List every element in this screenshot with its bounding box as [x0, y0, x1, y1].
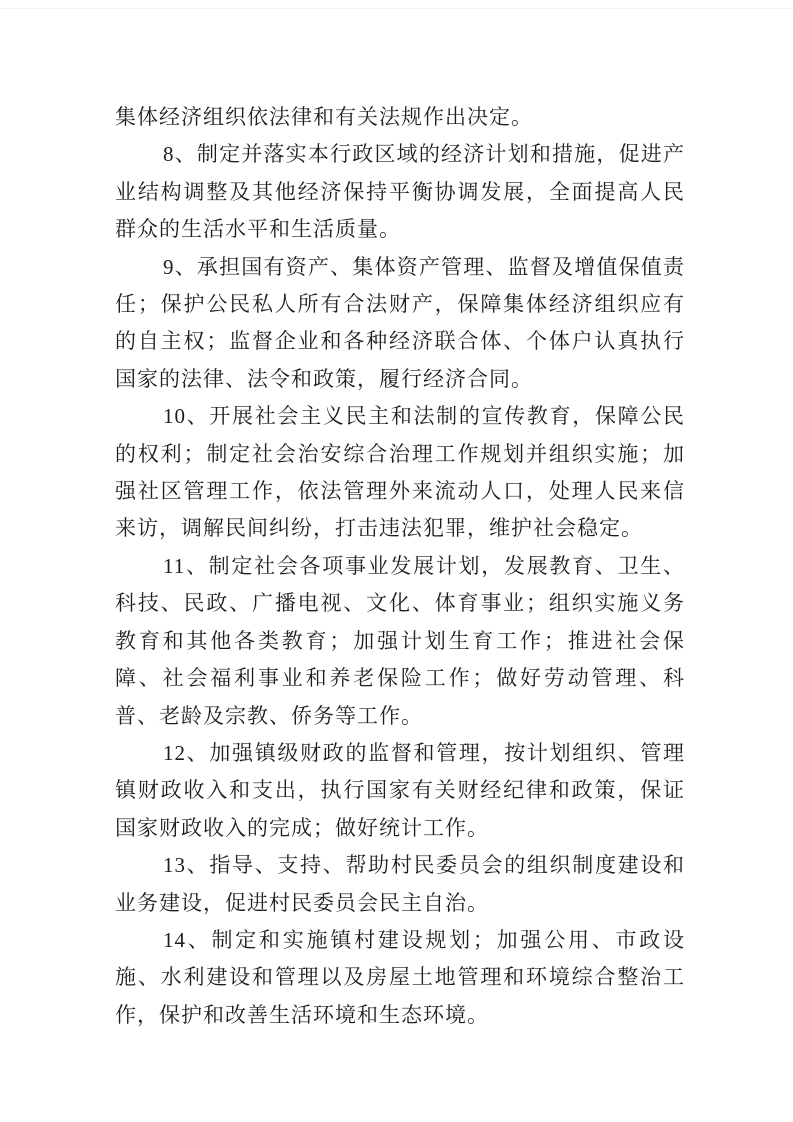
document-page: 集体经济组织依法律和有关法规作出决定。 8、制定并落实本行政区域的经济计划和措施…: [0, 0, 793, 1122]
list-item-10: 10、开展社会主义民主和法制的宣传教育，保障公民的权利；制定社会治安综合治理工作…: [115, 398, 685, 548]
list-item-12: 12、加强镇级财政的监督和管理，按计划组织、管理镇财政收入和支出，执行国家有关财…: [115, 735, 685, 847]
list-item-14: 14、制定和实施镇村建设规划；加强公用、市政设施、水利建设和管理以及房屋土地管理…: [115, 922, 685, 1034]
list-item-9: 9、承担国有资产、集体资产管理、监督及增值保值责任；保护公民私人所有合法财产，保…: [115, 249, 685, 399]
list-item-8: 8、制定并落实本行政区域的经济计划和措施，促进产业结构调整及其他经济保持平衡协调…: [115, 136, 685, 248]
page-top-edge: [0, 8, 793, 9]
document-body: 集体经济组织依法律和有关法规作出决定。 8、制定并落实本行政区域的经济计划和措施…: [115, 99, 685, 1034]
list-item-11: 11、制定社会各项事业发展计划，发展教育、卫生、科技、民政、广播电视、文化、体育…: [115, 548, 685, 735]
paragraph-continuation: 集体经济组织依法律和有关法规作出决定。: [115, 99, 685, 136]
list-item-13: 13、指导、支持、帮助村民委员会的组织制度建设和业务建设，促进村民委员会民主自治…: [115, 847, 685, 922]
